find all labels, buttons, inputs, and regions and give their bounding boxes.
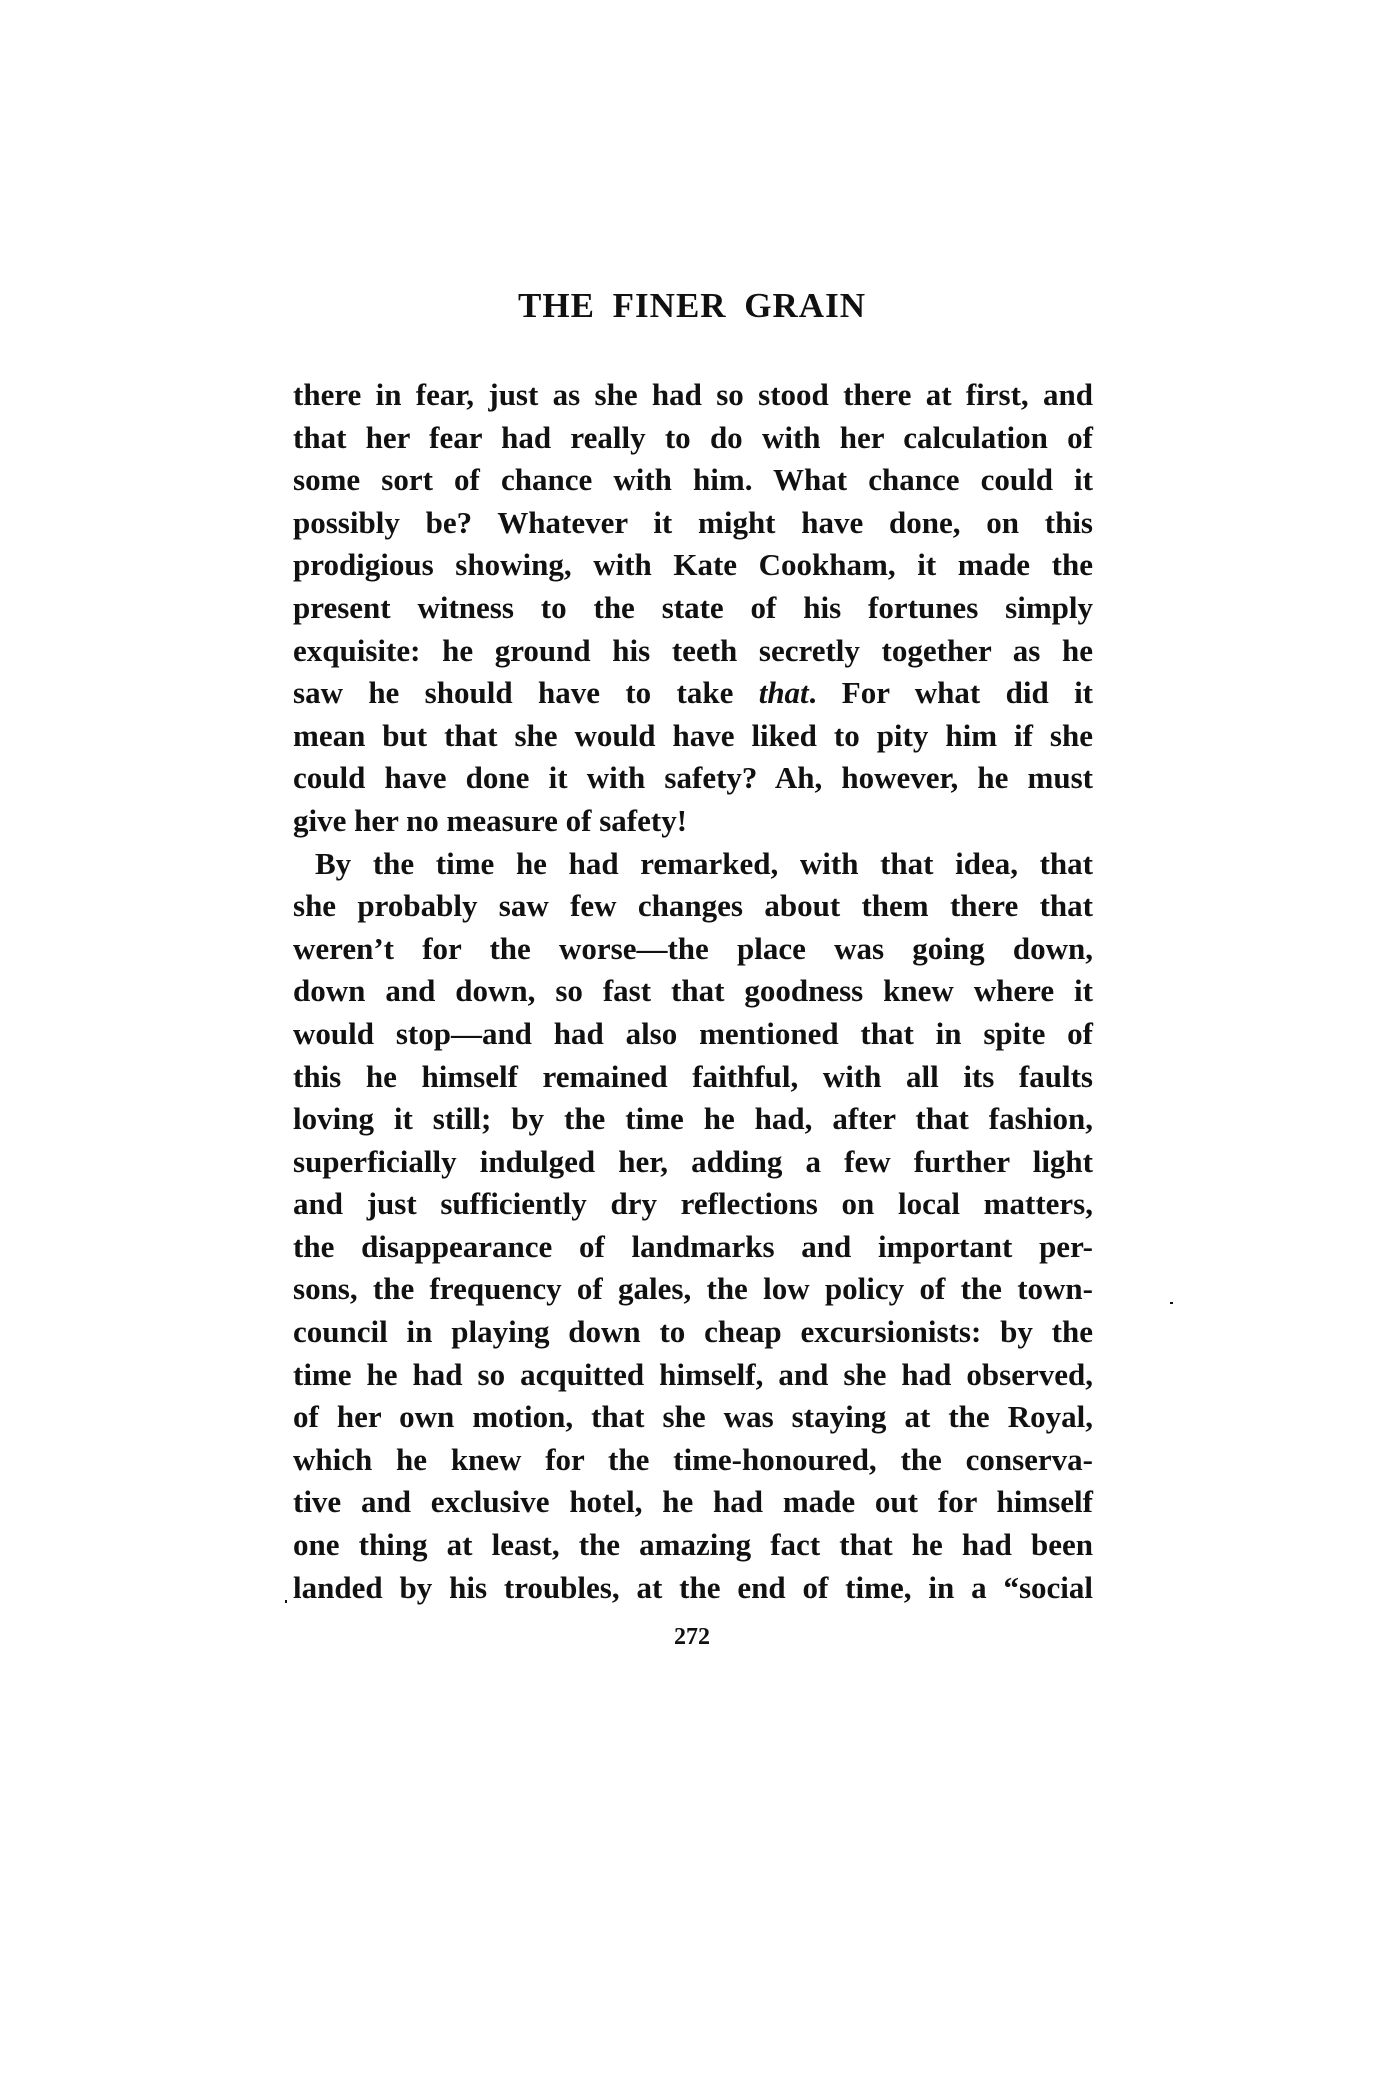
text-line: mean but that she would have liked to pi… [293,715,1093,758]
text-segment: . For what did it [809,675,1093,710]
text-line: down and down, so fast that goodness kne… [293,970,1093,1013]
text-line: there in fear, just as she had so stood … [293,374,1093,417]
text-line: sons, the frequency of gales, the low po… [293,1268,1093,1311]
text-line: loving it still; by the time he had, aft… [293,1098,1093,1141]
text-line: she probably saw few changes about them … [293,885,1093,928]
scan-speck [285,1600,287,1603]
italic-emphasis: that [759,675,809,710]
running-head: THE FINER GRAIN [0,286,1384,326]
text-line: which he knew for the time-honoured, the… [293,1439,1093,1482]
text-line: superficially indulged her, adding a few… [293,1141,1093,1184]
text-line: exquisite: he ground his teeth secretly … [293,630,1093,673]
text-line: this he himself remained faithful, with … [293,1056,1093,1099]
paragraph-start-line: By the time he had remarked, with that i… [293,843,1093,886]
text-line: and just sufficiently dry reflections on… [293,1183,1093,1226]
text-line: could have done it with safety? Ah, howe… [293,757,1093,800]
page-number: 272 [0,1622,1384,1652]
text-line: weren’t for the worse—the place was goin… [293,928,1093,971]
text-line: would stop—and had also mentioned that i… [293,1013,1093,1056]
text-line: landed by his troubles, at the end of ti… [293,1567,1093,1610]
text-line: of her own motion, that she was staying … [293,1396,1093,1439]
scan-speck [1170,1302,1173,1304]
text-line: present witness to the state of his fort… [293,587,1093,630]
text-line: time he had so acquitted himself, and sh… [293,1354,1093,1397]
book-page: THE FINER GRAIN there in fear, just as s… [0,0,1384,2081]
text-segment: saw he should have to take [293,675,759,710]
paragraph-end-line: give her no measure of safety! [293,800,1093,843]
text-line: the disappearance of landmarks and impor… [293,1226,1093,1269]
text-line: some sort of chance with him. What chanc… [293,459,1093,502]
text-line: prodigious showing, with Kate Cookham, i… [293,544,1093,587]
text-line: council in playing down to cheap excursi… [293,1311,1093,1354]
text-line: one thing at least, the amazing fact tha… [293,1524,1093,1567]
body-text: there in fear, just as she had so stood … [293,374,1093,1609]
text-line-with-italic: saw he should have to take that. For wha… [293,672,1093,715]
text-line: that her fear had really to do with her … [293,417,1093,460]
text-line: possibly be? Whatever it might have done… [293,502,1093,545]
text-line: tive and exclusive hotel, he had made ou… [293,1481,1093,1524]
